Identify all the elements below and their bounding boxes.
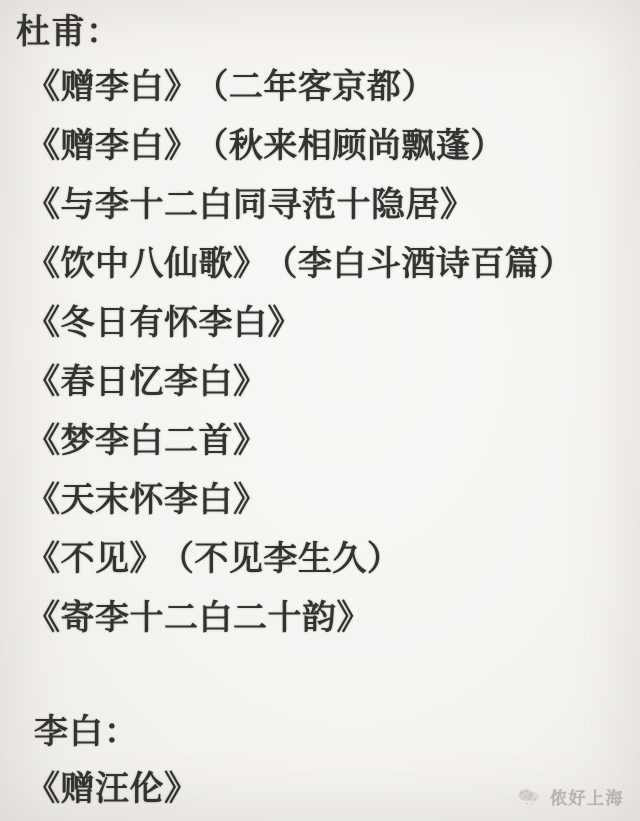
poem-title: 《与李十二白同寻范十隐居》 — [26, 186, 475, 224]
poem-list-item: 《寄李十二白二十韵》 — [0, 589, 640, 648]
poem-note: （李白斗酒诗百篇） — [280, 245, 574, 283]
poet-heading-dufu: 杜甫： — [0, 6, 640, 58]
poem-title: 《赠李白》 — [26, 68, 199, 106]
poem-list-item: 《天末怀李白》 — [0, 471, 640, 530]
poem-title: 《不见》 — [26, 540, 164, 578]
watermark-text: 侬好上海 — [550, 784, 624, 809]
document-page: 杜甫： 《赠李白》（二年客京都） 《赠李白》（秋来相顾尚飘蓬） 《与李十二白同寻… — [0, 0, 640, 821]
poem-list-item: 《与李十二白同寻范十隐居》 — [0, 176, 640, 235]
watermark: 侬好上海 — [517, 784, 624, 809]
poem-title: 《寄李十二白二十韵》 — [26, 599, 371, 637]
poem-title: 《冬日有怀李白》 — [26, 304, 302, 342]
section-gap — [0, 648, 640, 704]
publisher-logo-icon — [517, 787, 543, 807]
poem-title: 《赠汪伦》 — [26, 770, 199, 808]
poem-list-item: 《春日忆李白》 — [0, 353, 640, 412]
poem-list-item: 《赠李白》（秋来相顾尚飘蓬） — [0, 117, 640, 176]
poem-note: （二年客京都） — [211, 68, 436, 106]
poem-title: 《梦李白二首》 — [26, 422, 268, 460]
poem-title: 《赠李白》 — [26, 127, 199, 165]
poem-list-item: 《冬日有怀李白》 — [0, 294, 640, 353]
poem-list-item: 《赠李白》（二年客京都） — [0, 58, 640, 117]
poem-title: 《春日忆李白》 — [26, 363, 268, 401]
poem-list: 杜甫： 《赠李白》（二年客京都） 《赠李白》（秋来相顾尚飘蓬） 《与李十二白同寻… — [0, 0, 640, 819]
poem-note: （不见李生久） — [177, 540, 402, 578]
poem-list-item: 《梦李白二首》 — [0, 412, 640, 471]
poem-note: （秋来相顾尚飘蓬） — [211, 127, 505, 165]
poem-list-item: 《饮中八仙歌》（李白斗酒诗百篇） — [0, 235, 640, 294]
poet-heading-libai: 李白： — [0, 704, 640, 760]
poem-title: 《天末怀李白》 — [26, 481, 268, 519]
poem-list-item: 《不见》（不见李生久） — [0, 530, 640, 589]
poem-title: 《饮中八仙歌》 — [26, 245, 268, 283]
